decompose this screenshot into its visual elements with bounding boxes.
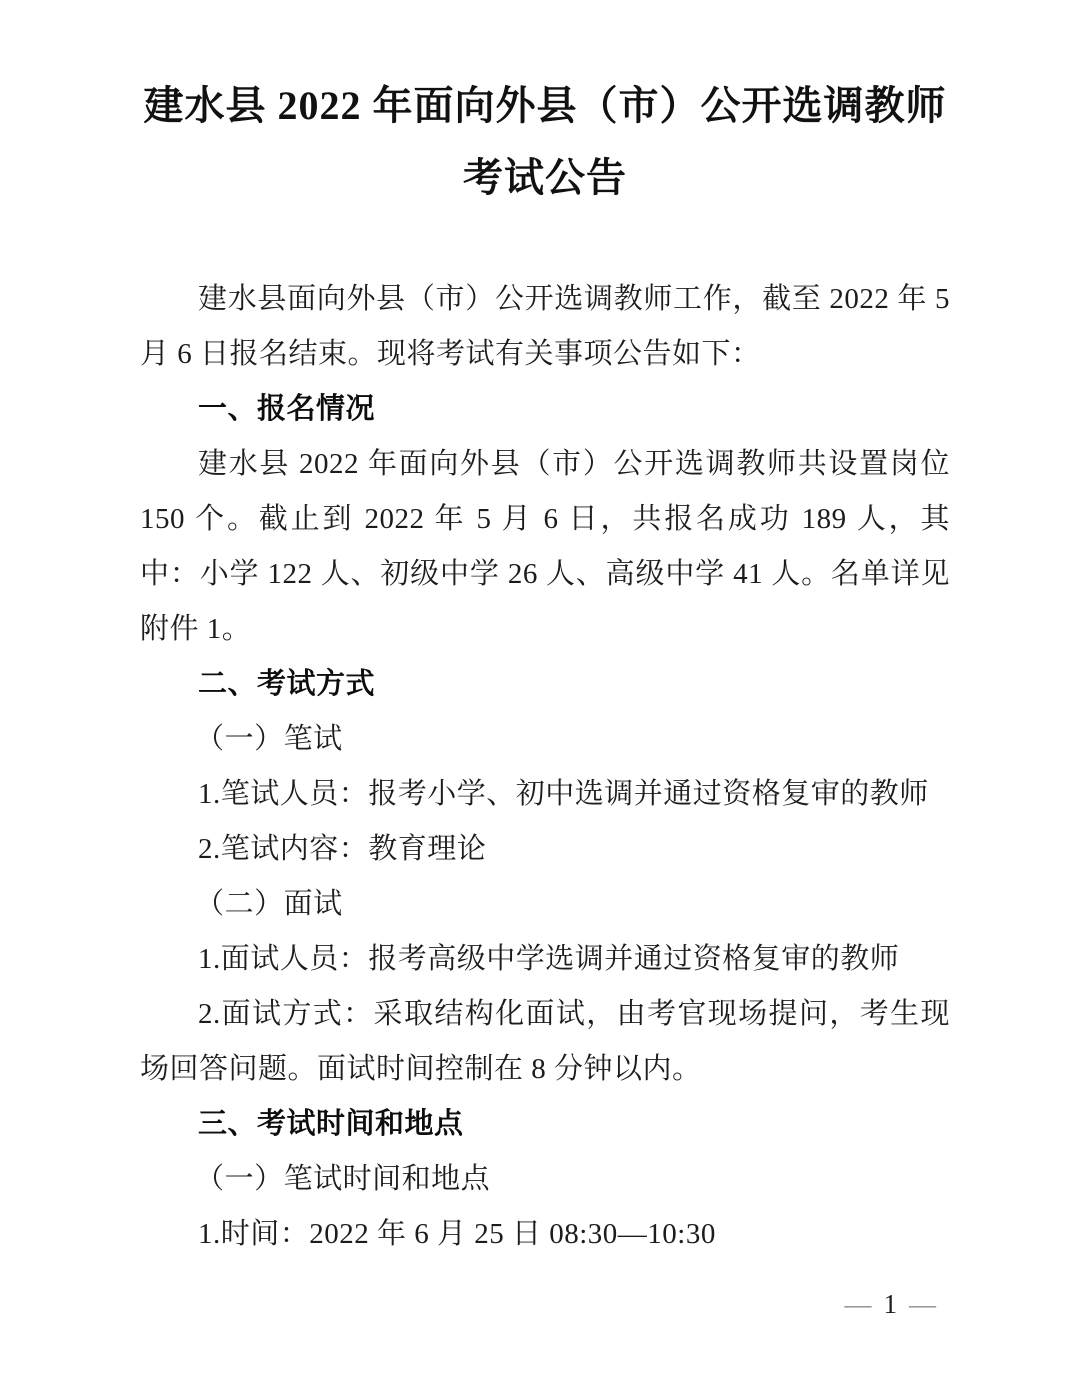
written-test-item2: 2.笔试内容：教育理论: [140, 822, 950, 877]
page-footer: —1—: [833, 1291, 949, 1318]
footer-dash-left: —: [833, 1289, 884, 1319]
written-test-subheading: （一）笔试: [140, 712, 950, 767]
footer-dash-right: —: [897, 1289, 948, 1319]
written-test-time-item: 1.时间：2022 年 6 月 25 日 08:30—10:30: [140, 1207, 950, 1262]
document-title-line2: 考试公告: [140, 142, 950, 214]
page-number: 1: [884, 1289, 898, 1319]
section1-paragraph: 建水县 2022 年面向外县（市）公开选调教师共设置岗位 150 个。截止到 2…: [140, 437, 950, 657]
document-page: 建水县 2022 年面向外县（市）公开选调教师 考试公告 建水县面向外县（市）公…: [0, 0, 1080, 1390]
written-test-time-subheading: （一）笔试时间和地点: [140, 1152, 950, 1207]
intro-paragraph: 建水县面向外县（市）公开选调教师工作，截至 2022 年 5 月 6 日报名结束…: [140, 272, 950, 382]
document-title: 建水县 2022 年面向外县（市）公开选调教师 考试公告: [140, 70, 950, 214]
document-title-line1: 建水县 2022 年面向外县（市）公开选调教师: [140, 70, 950, 142]
interview-item1: 1.面试人员：报考高级中学选调并通过资格复审的教师: [140, 932, 950, 987]
document-body: 建水县面向外县（市）公开选调教师工作，截至 2022 年 5 月 6 日报名结束…: [140, 272, 950, 1262]
section3-heading: 三、考试时间和地点: [140, 1097, 950, 1152]
section1-heading: 一、报名情况: [140, 382, 950, 437]
section2-heading: 二、考试方式: [140, 657, 950, 712]
interview-item2: 2.面试方式：采取结构化面试，由考官现场提问，考生现场回答问题。面试时间控制在 …: [140, 987, 950, 1097]
interview-subheading: （二）面试: [140, 877, 950, 932]
written-test-item1: 1.笔试人员：报考小学、初中选调并通过资格复审的教师: [140, 767, 950, 822]
